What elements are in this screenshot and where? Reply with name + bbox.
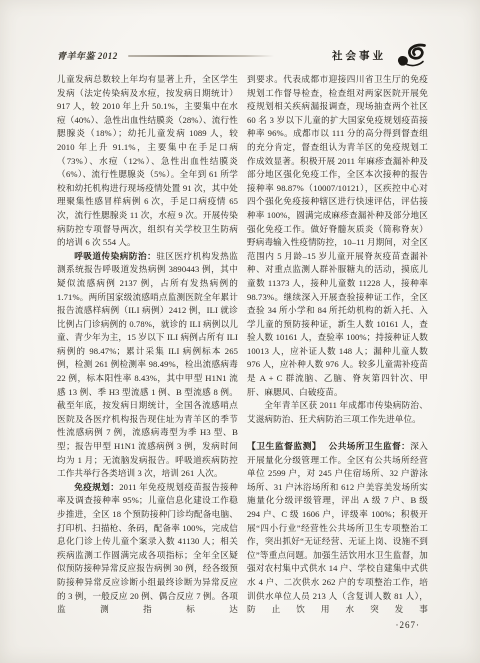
calligraphy-flourish-icon: [395, 43, 428, 68]
paragraph-text: 到要求。代表成都市迎接四川省卫生厅的免疫规划工作督导检查，检查组对两家医院开展免…: [247, 74, 428, 397]
paragraph-awards: 全年青羊区获 2011 年成都市传染病防治、艾滋病防治、狂犬病防治三项工作先进单…: [247, 399, 428, 426]
paragraph-immunization: 免疫规划：2011 年免疫规划疫苗报告接种率及调查接种率 95%；儿童信息化建设…: [57, 481, 238, 617]
topic-lead: 免疫规划：: [74, 482, 119, 492]
section-label: 社会事业: [332, 48, 386, 63]
page-body: 儿童发病总数较上年均有显著上升，全区学生发病（法定传染病及水痘，按发病日期统计）…: [57, 73, 428, 632]
yearbook-page: 青羊年鉴 2012 社会事业 儿童发病总数较上年均有显著上升，全区学生发病（法定…: [0, 0, 480, 663]
topic-lead: 公共场所卫生监督：: [329, 441, 411, 451]
page-number: ·267·: [247, 619, 428, 633]
paragraph-text: 儿童发病总数较上年均有显著上升，全区学生发病（法定传染病及水痘，按发病日期统计）…: [57, 74, 238, 247]
paragraph-children-morbidity: 儿童发病总数较上年均有显著上升，全区学生发病（法定传染病及水痘，按发病日期统计）…: [57, 73, 238, 250]
paragraph-text: 2011 年免疫规划疫苗报告接种率及调查接种率 95%；儿童信息化建设工作稳步推…: [57, 482, 238, 614]
book-title: 青羊年鉴 2012: [57, 49, 118, 62]
header-rule: [128, 55, 274, 57]
page-header: 青羊年鉴 2012 社会事业: [57, 47, 428, 63]
topic-lead: 呼吸道传染病防治：: [74, 251, 156, 261]
right-column: 到要求。代表成都市迎接四川省卫生厅的免疫规划工作督导检查，检查组对两家医院开展免…: [247, 73, 428, 632]
paragraph-respiratory-prevention: 呼吸道传染病防治：驻区医疗机构发热监测系统报告呼吸道发热病例 3890443 例…: [57, 250, 238, 481]
paragraph-immunization-continued: 到要求。代表成都市迎接四川省卫生厅的免疫规划工作督导检查，检查组对两家医院开展免…: [247, 73, 428, 399]
paragraph-health-supervision: 【卫生监督监测】公共场所卫生监督：深入开展量化分级管理工作。全区有公共场所经营单…: [247, 440, 428, 617]
paragraph-text: 深入开展量化分级管理工作。全区有公共场所经营单位 2599 户，对 245 户住…: [247, 441, 428, 614]
entry-title: 【卫生监督监测】: [247, 441, 321, 451]
left-column: 儿童发病总数较上年均有显著上升，全区学生发病（法定传染病及水痘，按发病日期统计）…: [57, 73, 238, 632]
paragraph-text: 驻区医疗机构发热监测系统报告呼吸道发热病例 3890443 例，其中疑似流感病例…: [57, 251, 238, 479]
paragraph-text: 全年青羊区获 2011 年成都市传染病防治、艾滋病防治、狂犬病防治三项工作先进单…: [247, 400, 428, 424]
